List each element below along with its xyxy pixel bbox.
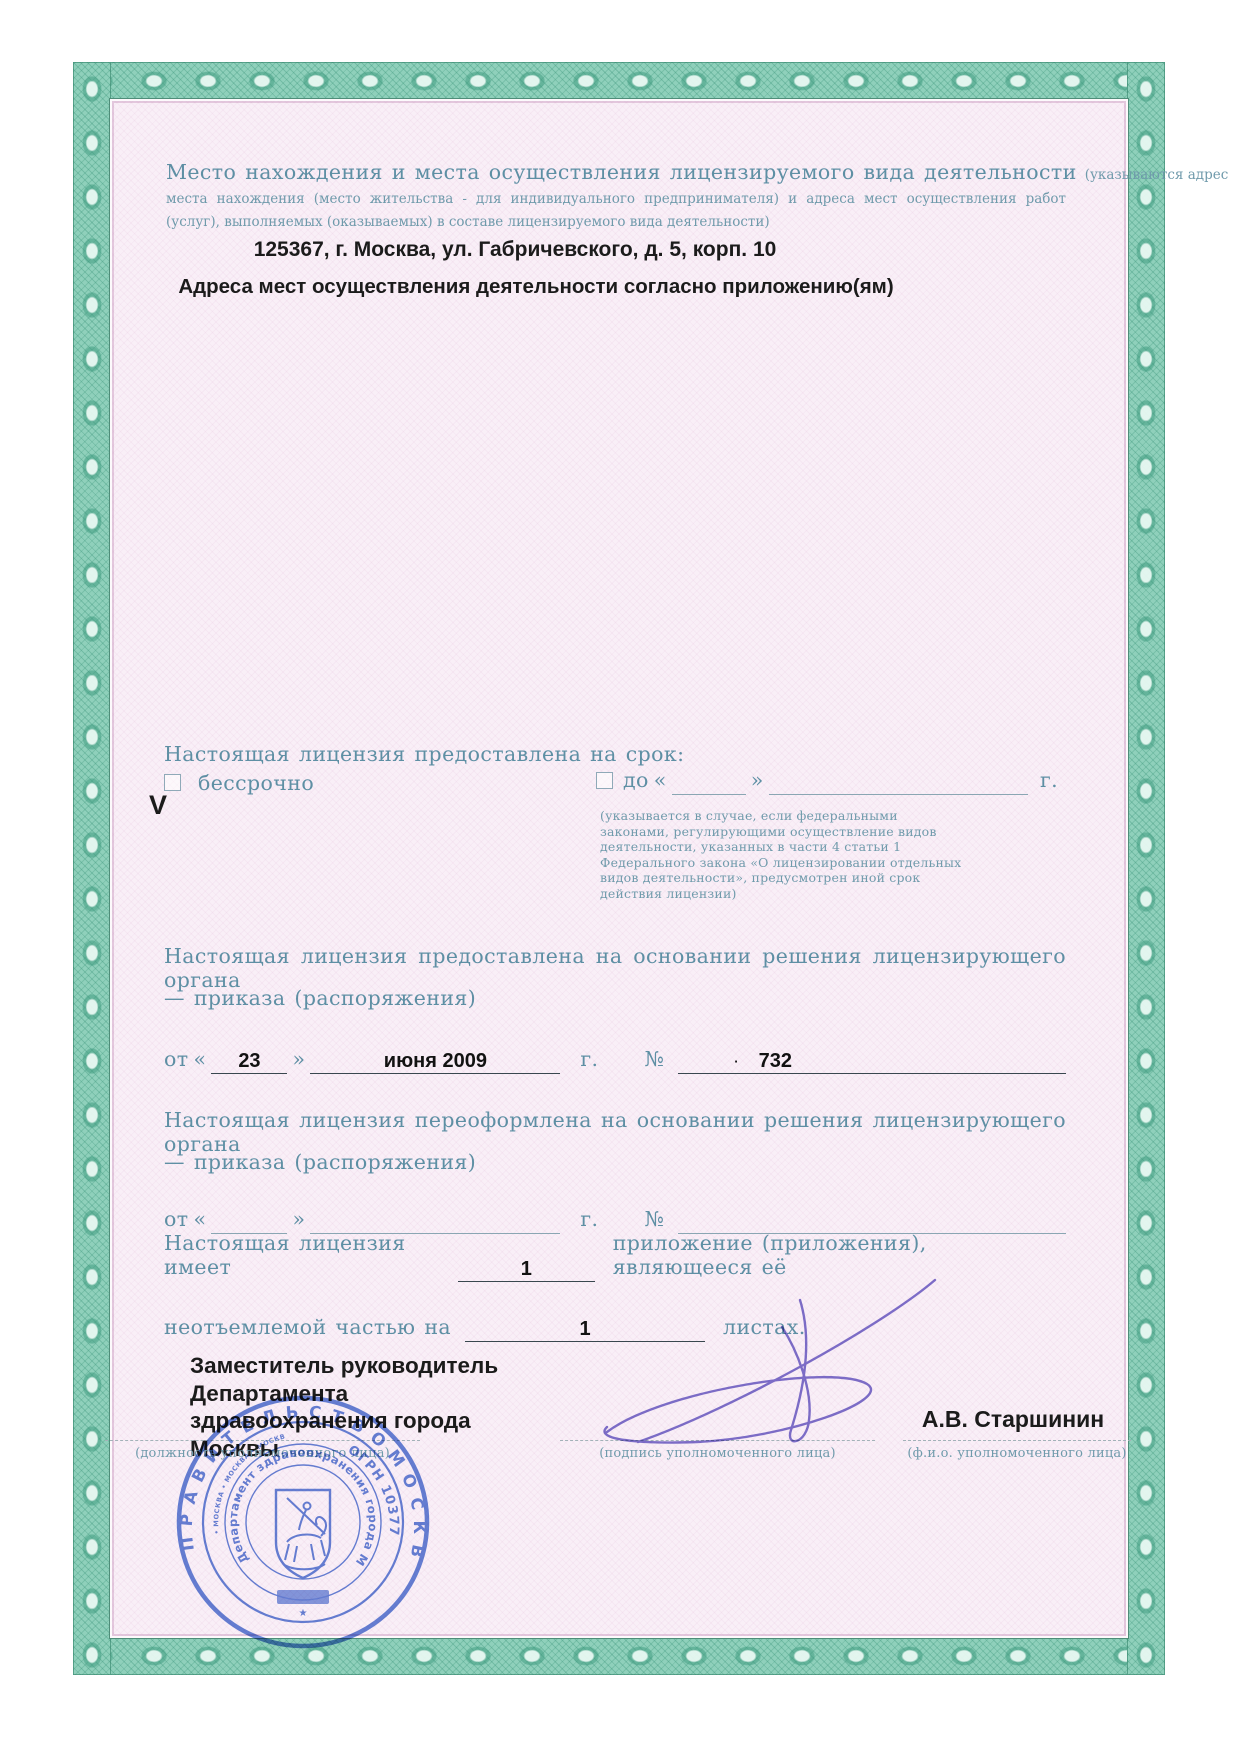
license-address: 125367, г. Москва, ул. Габричевского, д.… (145, 238, 885, 262)
quote-open: « (654, 768, 667, 795)
stamp-banner (277, 1590, 329, 1604)
until-year-suffix: г. (1040, 768, 1058, 795)
granted-month-blank: июня 2009 (310, 1045, 560, 1074)
granted-number-tick: · (734, 1050, 738, 1073)
quote-close: » (751, 768, 764, 795)
license-document-page: Место нахождения и места осуществления л… (0, 0, 1240, 1753)
granted-year-suffix: г. (580, 1047, 598, 1074)
location-note: места нахождения (место жительства - для… (166, 188, 1066, 234)
granted-date-row: от « 23 » июня 2009 г. № · 732 (164, 1040, 1066, 1074)
checkbox-indefinite-icon (164, 774, 181, 791)
guilloche-border-left (73, 62, 111, 1675)
reissued-number-blank (678, 1205, 1066, 1234)
quote-open: « (193, 1207, 206, 1234)
checkbox-until-icon (596, 772, 613, 789)
reissued-day-blank (211, 1205, 287, 1234)
quote-close: » (292, 1047, 305, 1074)
granted-day-blank: 23 (211, 1045, 287, 1074)
term-until-row: до « » г. (596, 760, 1058, 795)
checkmark-indefinite: V (149, 790, 167, 821)
granted-heading-line1: Настоящая лицензия предоставлена на осно… (164, 944, 1066, 992)
reissued-heading-line2: — приказа (распоряжения) (164, 1150, 476, 1174)
until-year-blank (769, 766, 1028, 795)
reissued-from-label: от (164, 1207, 188, 1234)
granted-number-value: 732 (759, 1050, 792, 1073)
reissued-year-suffix: г. (580, 1207, 598, 1234)
signer-position-line: Заместитель руководитель (190, 1352, 550, 1380)
reissued-number-label: № (644, 1207, 664, 1234)
term-note: (указывается в случае, если федеральными… (600, 808, 966, 901)
reissued-month-blank (310, 1205, 560, 1234)
granted-from-label: от (164, 1047, 188, 1074)
until-label: до (623, 768, 649, 795)
location-heading: Место нахождения и места осуществления л… (166, 160, 1077, 184)
reissued-date-row: от « » г. № (164, 1200, 1066, 1234)
department-round-stamp-icon: П Р А В И Т Е Л Ь С Т В О М О С К В Ы ОГ… (175, 1394, 431, 1650)
sheets-prefix: неотъемлемой частью на (164, 1315, 451, 1342)
quote-close: » (292, 1207, 305, 1234)
guilloche-border-right (1127, 62, 1165, 1675)
granted-number-label: № (644, 1047, 664, 1074)
location-note-intro: (указываются адрес (1085, 164, 1229, 187)
granted-heading-line2: — приказа (распоряжения) (164, 986, 476, 1010)
location-section: Место нахождения и места осуществления л… (166, 160, 1066, 234)
stamp-star-icon: ★ (299, 1608, 308, 1619)
indefinite-label: бессрочно (198, 771, 314, 795)
address-note: Адреса мест осуществления деятельности с… (92, 275, 980, 299)
attachments-prefix: Настоящая лицензия имеет (164, 1231, 454, 1282)
handwritten-signature (545, 1272, 965, 1457)
granted-month-value: июня 2009 (384, 1050, 487, 1073)
attachments-count-value: 1 (521, 1258, 532, 1281)
quote-open: « (193, 1047, 206, 1074)
guilloche-border-top (73, 62, 1165, 100)
reissued-heading-line1: Настоящая лицензия переоформлена на осно… (164, 1108, 1066, 1156)
granted-day-value: 23 (238, 1050, 260, 1073)
until-day-blank (672, 766, 746, 795)
granted-number-blank: · 732 (678, 1045, 1066, 1074)
